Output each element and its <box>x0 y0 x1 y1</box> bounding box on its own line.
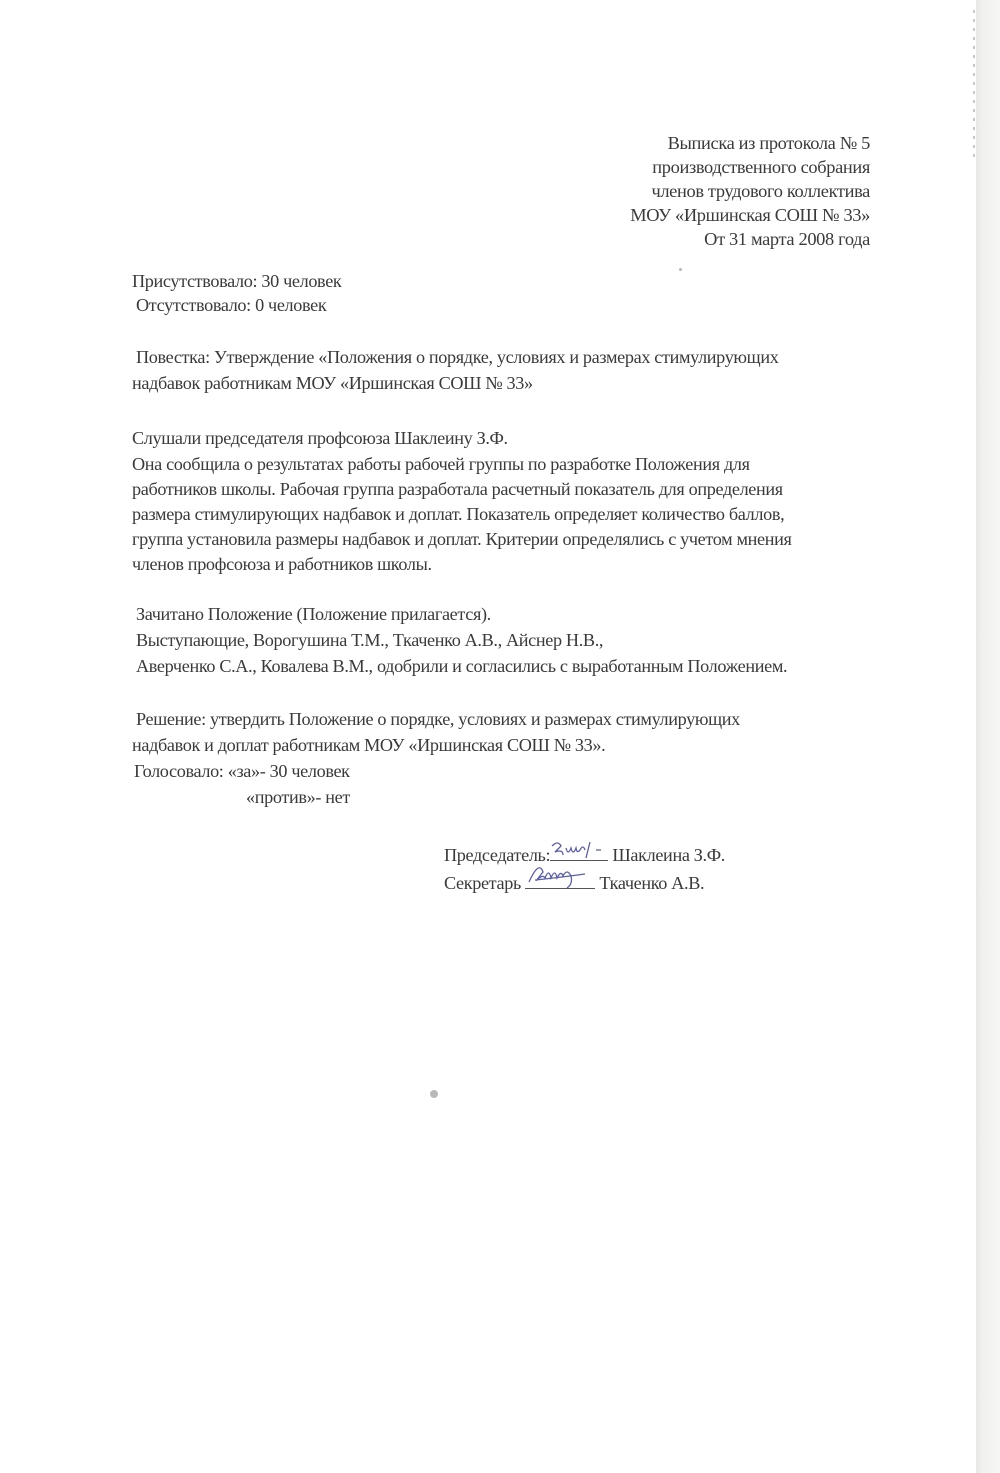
scan-speck <box>679 268 682 271</box>
agenda-line: Повестка: Утверждение «Положения о поряд… <box>136 346 778 368</box>
discussion-line: Выступающие, Ворогушина Т.М., Ткаченко А… <box>136 629 603 651</box>
scan-edge-marks <box>973 10 975 160</box>
decision-line: надбавок и доплат работникам МОУ «Иршинс… <box>132 734 605 756</box>
attendance-present: Присутствовало: 30 человек <box>132 270 341 292</box>
chair-label: Председатель: <box>444 845 550 865</box>
chair-signature <box>550 838 608 861</box>
heard-line: размера стимулирующих надбавок и доплат.… <box>132 503 784 525</box>
scan-right-margin <box>976 0 1000 1473</box>
secretary-label: Секретарь <box>444 873 521 893</box>
discussion-line: Аверченко С.А., Ковалева В.М., одобрили … <box>136 655 787 677</box>
heard-line: группа установила размеры надбавок и доп… <box>132 528 792 550</box>
secretary-name: Ткаченко А.В. <box>599 873 704 893</box>
scan-speck <box>430 1090 438 1098</box>
header-line: производственного собрания <box>652 156 870 178</box>
vote-for: Голосовало: «за»- 30 человек <box>134 760 350 782</box>
heard-line: Слушали председателя профсоюза Шаклеину … <box>132 427 508 449</box>
attendance-absent: Отсутствовало: 0 человек <box>136 294 326 316</box>
secretary-signature-line: Секретарь Ткаченко А.В. <box>444 864 704 894</box>
chair-name: Шаклеина З.Ф. <box>612 845 725 865</box>
header-title: Выписка из протокола № 5 <box>668 132 870 154</box>
chair-signature-line: Председатель: Шаклеина З.Ф. <box>444 838 725 866</box>
secretary-signature <box>525 864 595 889</box>
decision-line: Решение: утвердить Положение о порядке, … <box>136 708 740 730</box>
heard-line: работников школы. Рабочая группа разрабо… <box>132 478 783 500</box>
header-line: членов трудового коллектива <box>651 180 870 202</box>
heard-line: членов профсоюза и работников школы. <box>132 553 432 575</box>
header-date: От 31 марта 2008 года <box>704 228 870 250</box>
scanned-page: Выписка из протокола № 5 производственно… <box>0 0 976 1473</box>
heard-line: Она сообщила о результатах работы рабоче… <box>132 453 750 475</box>
header-org: МОУ «Иршинская СОШ № 33» <box>630 204 870 226</box>
vote-against: «против»- нет <box>246 786 350 808</box>
discussion-line: Зачитано Положение (Положение прилагаетс… <box>136 603 491 625</box>
agenda-line: надбавок работникам МОУ «Иршинская СОШ №… <box>132 372 533 394</box>
